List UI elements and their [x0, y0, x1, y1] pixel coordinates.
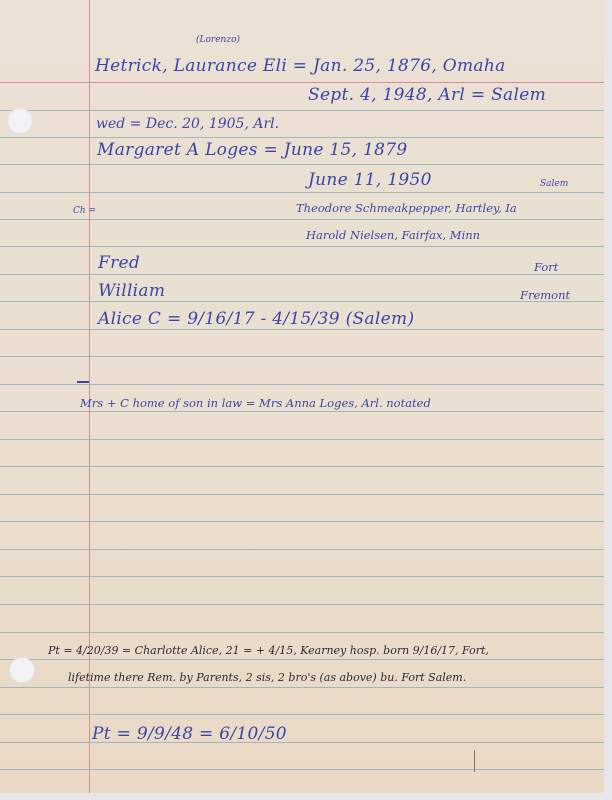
binder-hole	[7, 108, 33, 134]
spouse-line: Margaret A Loges = June 15, 1879	[97, 142, 408, 159]
rule-line	[0, 604, 604, 605]
residence-note: Mrs + C home of son in law = Mrs Anna Lo…	[80, 398, 431, 410]
dash-mark	[77, 381, 89, 383]
rule-line	[0, 576, 604, 577]
rule-line	[0, 110, 604, 111]
spouse-death-place: Salem	[540, 180, 568, 189]
child-entry: Theodore Schmeakpepper, Hartley, Ia	[296, 203, 517, 215]
obituary-line: lifetime there Rem. by Parents, 2 sis, 2…	[68, 672, 466, 683]
rule-line	[0, 521, 604, 522]
rule-line	[0, 356, 604, 357]
rule-line	[0, 742, 604, 743]
rule-line	[0, 246, 604, 247]
binder-hole	[9, 657, 35, 683]
rule-line	[0, 466, 604, 467]
rule-line	[0, 494, 604, 495]
rule-line	[0, 384, 604, 385]
child-entry: William	[98, 283, 165, 300]
child-entry: Fred	[98, 255, 140, 272]
rule-line	[0, 164, 604, 165]
rule-line	[0, 549, 604, 550]
header-line	[0, 82, 604, 83]
rule-line	[0, 439, 604, 440]
rule-line	[0, 192, 604, 193]
child-entry: Alice C = 9/16/17 - 4/15/39 (Salem)	[98, 311, 414, 328]
rule-line	[0, 769, 604, 770]
rule-line	[0, 137, 604, 138]
spouse-death-line: June 11, 1950	[308, 172, 432, 189]
notebook-page: (Lorenzo) Hetrick, Laurance Eli = Jan. 2…	[0, 0, 604, 793]
rule-line	[0, 659, 604, 660]
rule-line	[0, 632, 604, 633]
pencil-mark	[474, 750, 475, 772]
obituary-line: Pt = 4/20/39 = Charlotte Alice, 21 = + 4…	[48, 645, 489, 656]
rule-line	[0, 274, 604, 275]
pt-line: Pt = 9/9/48 = 6/10/50	[92, 726, 287, 743]
birth-line: Hetrick, Laurance Eli = Jan. 25, 1876, O…	[95, 58, 506, 75]
child-entry: Harold Nielsen, Fairfax, Minn	[306, 230, 480, 242]
rule-line	[0, 411, 604, 412]
child-place: Fort	[534, 262, 558, 274]
children-label: Ch =	[73, 207, 96, 216]
rule-line	[0, 329, 604, 330]
rule-line	[0, 687, 604, 688]
rule-line	[0, 219, 604, 220]
death-line: Sept. 4, 1948, Arl = Salem	[308, 87, 546, 104]
rule-line	[0, 301, 604, 302]
rule-line	[0, 714, 604, 715]
child-place: Fremont	[520, 290, 570, 302]
name-annotation: (Lorenzo)	[196, 36, 240, 45]
marriage-line: wed = Dec. 20, 1905, Arl.	[96, 117, 279, 131]
